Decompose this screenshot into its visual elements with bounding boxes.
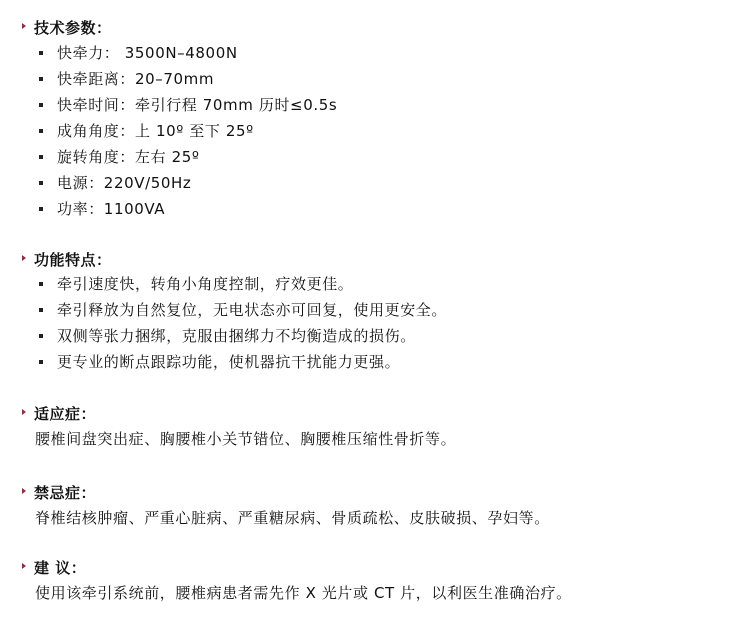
square-bullet-icon	[39, 334, 43, 338]
item-text: 牵引速度快，转角小角度控制，疗效更佳。	[57, 273, 353, 294]
contraindications-text: 脊椎结核肿瘤、严重心脏病、严重糖尿病、骨质疏松、皮肤破损、孕妇等。	[35, 507, 550, 528]
square-bullet-icon	[39, 51, 43, 55]
triangle-bullet-icon	[22, 255, 26, 261]
square-bullet-icon	[39, 155, 43, 159]
triangle-bullet-icon	[22, 409, 26, 415]
item-text: 快牵时间：牵引行程 70mm 历时≤0.5s	[57, 94, 337, 115]
heading-text: 适应症：	[34, 403, 96, 424]
item-text: 旋转角度：左右 25º	[57, 146, 200, 167]
list-item: 快牵距离：20–70mm	[36, 65, 337, 91]
square-bullet-icon	[39, 181, 43, 185]
list-item: 更专业的断点跟踪功能，使机器抗干扰能力更强。	[36, 348, 447, 374]
square-bullet-icon	[39, 360, 43, 364]
list-item: 成角角度：上 10º 至下 25º	[36, 117, 337, 143]
triangle-bullet-icon	[22, 488, 26, 494]
list-item: 牵引释放为自然复位，无电状态亦可回复，使用更安全。	[36, 296, 447, 322]
square-bullet-icon	[39, 77, 43, 81]
item-text: 快牵力： 3500N–4800N	[57, 42, 238, 63]
section-heading: 功能特点：	[22, 249, 112, 269]
square-bullet-icon	[39, 308, 43, 312]
section-heading: 禁忌症：	[22, 482, 96, 502]
square-bullet-icon	[39, 207, 43, 211]
heading-text: 禁忌症：	[34, 482, 96, 503]
section-heading: 建 议：	[22, 557, 86, 577]
triangle-bullet-icon	[22, 563, 26, 569]
item-text: 快牵距离：20–70mm	[57, 68, 214, 89]
heading-text: 技术参数：	[34, 17, 112, 38]
spec-list: 快牵力： 3500N–4800N 快牵距离：20–70mm 快牵时间：牵引行程 …	[36, 39, 337, 221]
item-text: 功率：1100VA	[57, 198, 165, 219]
square-bullet-icon	[39, 129, 43, 133]
feature-list: 牵引速度快，转角小角度控制，疗效更佳。 牵引释放为自然复位，无电状态亦可回复，使…	[36, 270, 447, 374]
triangle-bullet-icon	[22, 23, 26, 29]
item-text: 成角角度：上 10º 至下 25º	[57, 120, 254, 141]
indications-text: 腰椎间盘突出症、胸腰椎小关节错位、胸腰椎压缩性骨折等。	[35, 428, 456, 449]
list-item: 电源：220V/50Hz	[36, 169, 337, 195]
list-item: 双侧等张力捆绑，克服由捆绑力不均衡造成的损伤。	[36, 322, 447, 348]
section-heading: 适应症：	[22, 403, 96, 423]
item-text: 双侧等张力捆绑，克服由捆绑力不均衡造成的损伤。	[57, 325, 416, 346]
heading-text: 建 议：	[34, 557, 86, 578]
list-item: 功率：1100VA	[36, 195, 337, 221]
item-text: 更专业的断点跟踪功能，使机器抗干扰能力更强。	[57, 351, 400, 372]
list-item: 旋转角度：左右 25º	[36, 143, 337, 169]
list-item: 快牵时间：牵引行程 70mm 历时≤0.5s	[36, 91, 337, 117]
item-text: 牵引释放为自然复位，无电状态亦可回复，使用更安全。	[57, 299, 447, 320]
section-heading: 技术参数：	[22, 17, 112, 37]
list-item: 快牵力： 3500N–4800N	[36, 39, 337, 65]
square-bullet-icon	[39, 103, 43, 107]
item-text: 电源：220V/50Hz	[57, 172, 191, 193]
heading-text: 功能特点：	[34, 249, 112, 270]
list-item: 牵引速度快，转角小角度控制，疗效更佳。	[36, 270, 447, 296]
square-bullet-icon	[39, 282, 43, 286]
advice-text: 使用该牵引系统前，腰椎病患者需先作 X 光片或 CT 片，以利医生准确治疗。	[35, 582, 572, 603]
